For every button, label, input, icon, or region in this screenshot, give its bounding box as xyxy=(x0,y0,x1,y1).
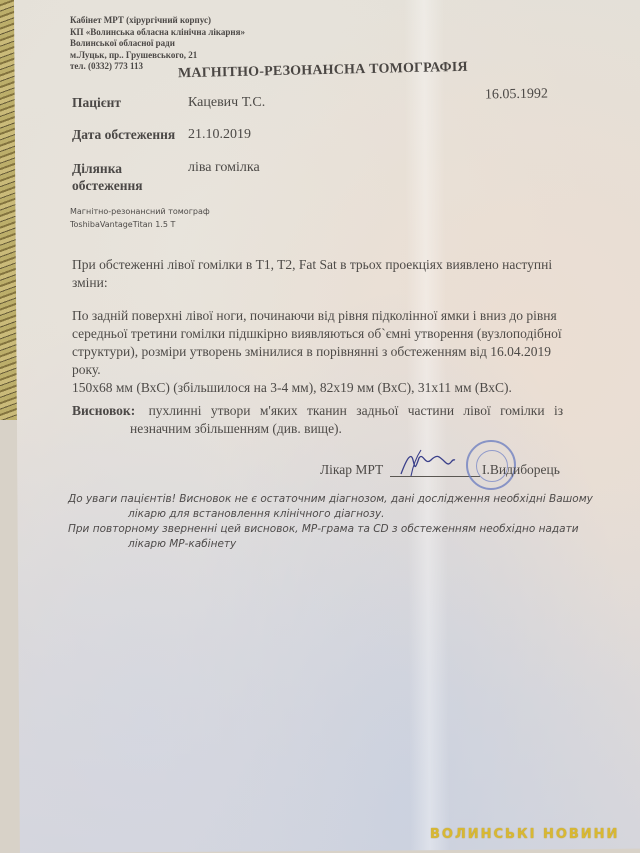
findings-line: року. xyxy=(72,361,562,379)
findings-line: структури), розміри утворень змінилися в… xyxy=(72,343,562,361)
device-line: Магнітно-резонансний томограф xyxy=(70,205,210,218)
intro-line: зміни: xyxy=(72,274,552,292)
notice-line: лікарю для встановлення клінічного діагн… xyxy=(128,507,593,522)
exam-area-label: Ділянка обстеження xyxy=(72,160,143,194)
header-line: Кабінет МРТ (хірургічний корпус) xyxy=(70,15,245,27)
header-line: Волинської обласної ради xyxy=(70,38,245,50)
findings-paragraph: По задній поверхні лівої ноги, починаючи… xyxy=(72,307,562,397)
birth-date: 16.05.1992 xyxy=(485,86,548,103)
findings-line: середньої третини гомілки підшкірно вияв… xyxy=(72,325,562,343)
patient-label: Пацієнт xyxy=(72,95,121,111)
findings-line: По задній поверхні лівої ноги, починаючи… xyxy=(72,307,562,325)
notice-line: При повторному зверненні цей висновок, М… xyxy=(68,522,593,537)
conclusion-line: пухлинні утвори м'яких тканин задньої ча… xyxy=(149,403,563,418)
exam-date-label: Дата обстеження xyxy=(72,127,175,143)
intro-line: При обстеженні лівої гомілки в T1, T2, F… xyxy=(72,256,552,274)
notice-line: лікарю МР-кабінету xyxy=(128,537,593,552)
device-info: Магнітно-резонансний томограф ToshibaVan… xyxy=(70,205,210,231)
conclusion-line: незначним збільшенням (див. вище). xyxy=(130,420,563,438)
exam-area-label-line: обстеження xyxy=(72,177,143,194)
patient-notice: До уваги пацієнтів! Висновок не є остато… xyxy=(68,492,593,552)
doctor-name: І.Видиборець xyxy=(482,461,560,479)
conclusion: Висновок: пухлинні утвори м'яких тканин … xyxy=(72,402,563,438)
notice-line: До уваги пацієнтів! Висновок не є остато… xyxy=(68,492,593,507)
doctor-role: Лікар МРТ xyxy=(320,461,383,479)
clinic-header: Кабінет МРТ (хірургічний корпус) КП «Вол… xyxy=(70,15,245,73)
patient-value: Кацевич Т.С. xyxy=(188,95,265,111)
exam-area-value: ліва гомілка xyxy=(188,160,260,176)
findings-line: 150х68 мм (ВхС) (збільшилося на 3-4 мм),… xyxy=(72,379,562,397)
exam-area-label-line: Ділянка xyxy=(72,160,143,177)
device-line: ToshibaVantageTitan 1.5 T xyxy=(70,218,210,231)
intro-paragraph: При обстеженні лівої гомілки в T1, T2, F… xyxy=(72,256,552,292)
news-watermark: ВОЛИНСЬКІ НОВИНИ xyxy=(430,827,619,842)
header-line: м.Луцьк, пр.. Грушевського, 21 xyxy=(70,50,245,62)
conclusion-label: Висновок: xyxy=(72,403,135,418)
exam-date-value: 21.10.2019 xyxy=(188,127,251,143)
signature-scribble xyxy=(397,448,457,478)
header-line: КП «Волинська обласна клінічна лікарня» xyxy=(70,27,245,39)
